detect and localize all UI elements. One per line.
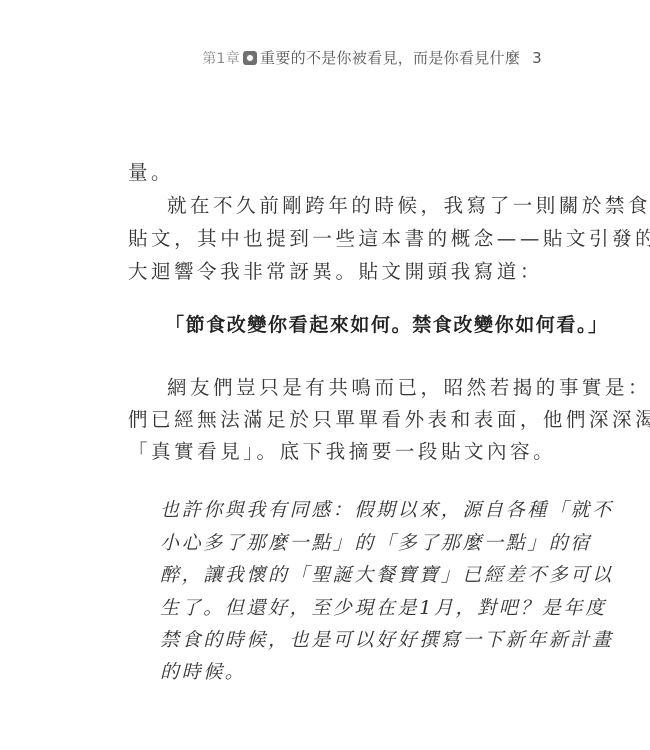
paragraph-line: 就在不久前剛跨年的時候，我寫了一則關於禁食的 [167,194,650,218]
excerpt-line: 禁食的時候，也是可以好好撰寫一下新年新計畫 [160,628,614,652]
paragraph-line: 量。 [128,161,174,185]
page-number: 3 [532,49,542,67]
excerpt-line: 生了。但還好，至少現在是1月，對吧？是年度 [160,596,607,620]
paragraph-line: 「真實看見」。底下我摘要一段貼文內容。 [128,440,556,464]
paragraph-line: 們已經無法滿足於只單單看外表和表面，他們深深渴望 [128,408,650,432]
running-header: 第1章 重要的不是你被看見，而是你看見什麼 3 [202,47,542,68]
chapter-label: 第1章 [202,48,240,68]
excerpt-line: 的時候。 [160,660,246,684]
chapter-flower-icon [243,51,257,65]
chapter-title: 重要的不是你被看見，而是你看見什麼 [260,47,520,68]
book-page: 第1章 重要的不是你被看見，而是你看見什麼 3 量。 就在不久前剛跨年的時候，我… [0,0,650,750]
paragraph-line: 貼文，其中也提到一些這本書的概念——貼文引發的廣 [128,227,650,251]
excerpt-line: 小心多了那麼一點」的「多了那麼一點」的宿 [160,531,592,555]
excerpt-line: 也許你與我有同感：假期以來，源自各種「就不 [160,498,614,522]
paragraph-line: 大迴響令我非常訝異。貼文開頭我寫道： [128,260,543,284]
pull-quote: 「節食改變你看起來如何。禁食改變你如何看。」 [165,313,609,337]
excerpt-line: 醉，讓我懷的「聖誕大餐寶寶」已經差不多可以 [160,563,614,587]
paragraph-line: 網友們豈只是有共鳴而已，昭然若揭的事實是：人 [167,376,650,400]
